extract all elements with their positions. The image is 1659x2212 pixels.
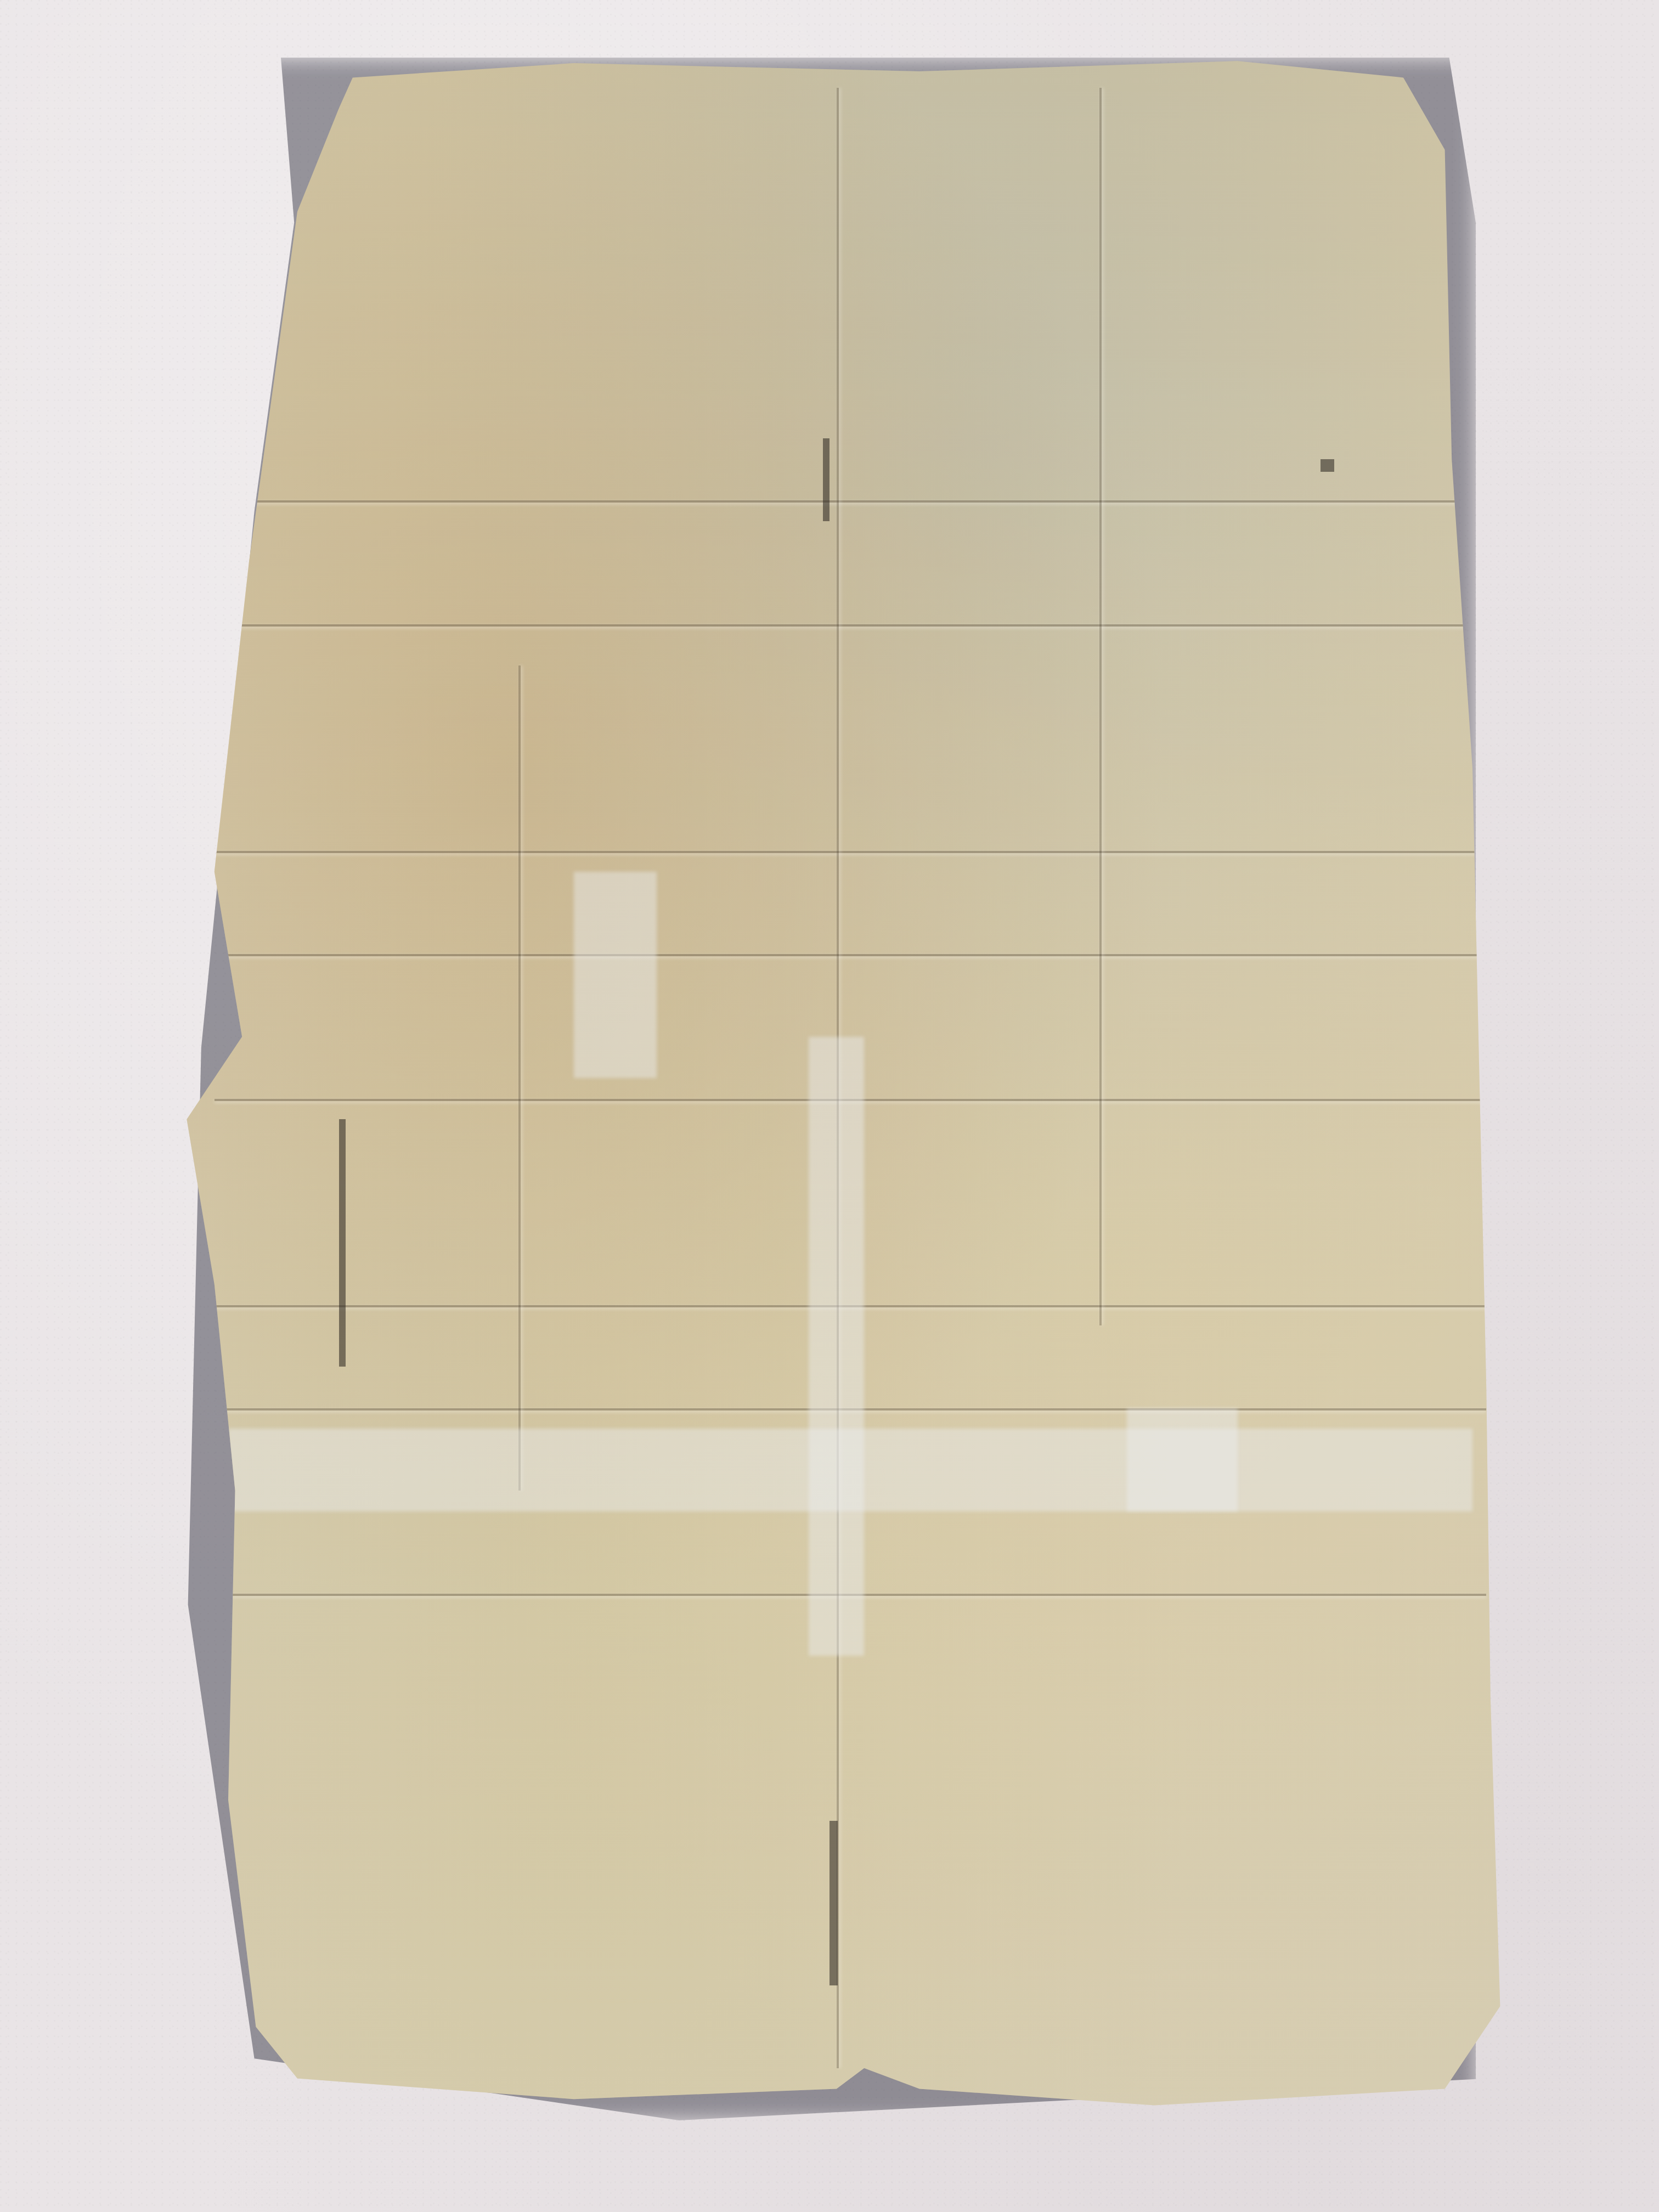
fold-line [228, 500, 1472, 503]
paper-tear [1321, 459, 1334, 472]
fold-line [1099, 88, 1102, 1325]
paper-tear [823, 438, 830, 521]
fold-line [215, 954, 1486, 956]
fold-line [518, 665, 521, 1491]
paper-tear [830, 1821, 838, 1986]
aged-document [159, 47, 1542, 2109]
tissue-repair [809, 1037, 864, 1656]
tissue-repair [1127, 1408, 1238, 1511]
fold-line [215, 851, 1486, 853]
tissue-repair [228, 1429, 1472, 1511]
fold-line [228, 624, 1472, 627]
photo-scene [0, 0, 1659, 2212]
tissue-repair [574, 872, 657, 1078]
paper-tear [339, 1119, 346, 1367]
